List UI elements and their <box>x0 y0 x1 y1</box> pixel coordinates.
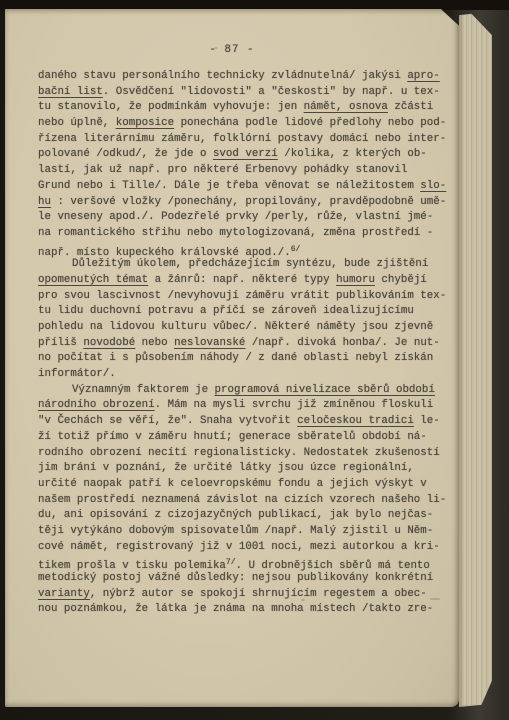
book-page: - 87 - daného stavu personálního technic… <box>5 9 459 707</box>
text-segment: no počítat i s působením náhody / z dané… <box>38 352 433 364</box>
text-line: řízena literárnímu záměru, folklórní pos… <box>38 132 460 148</box>
text-line: Grund nebo i Tille/. Dále je třeba věnov… <box>38 179 460 195</box>
text-segment: cové námět, registrovaný již v 1001 noci… <box>38 541 440 553</box>
text-line: na romantického střihu nebo mytologizova… <box>38 226 460 242</box>
text-line: le vneseny apod./. Podezřelé prvky /perl… <box>38 210 460 226</box>
text-line: no počítat i s působením náhody / z dané… <box>38 351 460 367</box>
text-segment: . Osvědčení "lidovosti" a "českosti" by … <box>103 86 440 98</box>
text-line: tu lidu duchovní potravu a příčí se záro… <box>38 304 460 320</box>
text-line: nou poznámkou, že látka je známa na mnoh… <box>38 602 460 618</box>
text-segment: metodický postoj vážné důsledky: nejsou … <box>38 572 433 584</box>
underlined-text-segment: opomenutých témat <box>38 274 148 286</box>
text-line: nebo úplně, komposice ponechána podle li… <box>38 116 460 132</box>
text-line: du, ani opisování z cizojazyčných publik… <box>38 508 460 524</box>
text-segment: le vneseny apod./. Podezřelé prvky /perl… <box>38 211 433 223</box>
text-line: Významným faktorem je programová niveliz… <box>38 383 460 399</box>
text-line: tikem prošla v tisku polemika7/. U drobn… <box>38 555 460 571</box>
text-segment: Důležitým úkolem, předcházejícím syntézu… <box>72 258 428 270</box>
underlined-text-segment: hu <box>38 196 51 208</box>
text-segment: polované /odkud/, že jde o <box>38 148 213 160</box>
text-line: tu stanovilo, že podmínkám vyhovuje: jen… <box>38 100 460 116</box>
text-line: informátor/. <box>38 367 460 383</box>
underlined-text-segment: varianty <box>38 588 90 600</box>
text-segment: a žánrů: např. některé typy <box>148 274 336 286</box>
text-segment: , nýbrž autor se spokojí shrnujícím rege… <box>90 588 427 600</box>
underlined-text-segment: národního obrození <box>38 399 155 411</box>
text-segment: našem prostředí neznamená závislot na ci… <box>38 494 446 506</box>
text-segment: lastí, jak už např. pro některé Erbenovy… <box>38 164 407 176</box>
underlined-text-segment: námět, osnova <box>304 101 388 113</box>
text-line: hu : veršové vložky /ponechány, propilov… <box>38 195 460 211</box>
text-segment: rodního obrození necítí regionalisticky.… <box>38 447 440 459</box>
scan-background: - 87 - daného stavu personálního technic… <box>0 0 509 720</box>
text-segment: zčásti <box>388 101 433 113</box>
text-line: opomenutých témat a žánrů: např. některé… <box>38 273 460 289</box>
text-segment: určité naopak patří k celoevropskému fon… <box>38 478 427 490</box>
text-line: lastí, jak už např. pro některé Erbenovy… <box>38 163 460 179</box>
underlined-text-segment: komposice <box>116 117 174 129</box>
text-line: pro svou lascivnost /nevyhovují záměru v… <box>38 289 460 305</box>
text-line: daného stavu personálního technicky zvlá… <box>38 69 460 85</box>
text-segment: daného stavu personálního technicky zvlá… <box>38 70 407 82</box>
text-line: varianty, nýbrž autor se spokojí shrnují… <box>38 587 460 603</box>
text-line: metodický postoj vážné důsledky: nejsou … <box>38 571 460 587</box>
underlined-text-segment: neslovanské <box>174 337 245 349</box>
text-line: národního obrození. Mám na mysli svrchu … <box>38 398 460 414</box>
text-segment: pro svou lascivnost /nevyhovují záměru v… <box>38 290 446 302</box>
text-line: Důležitým úkolem, předcházejícím syntézu… <box>38 257 460 273</box>
text-segment: /kolika, z kterých ob- <box>278 148 427 160</box>
text-segment: tu stanovilo, že podmínkám vyhovuje: jen <box>38 101 304 113</box>
text-line: našem prostředí neznamená závislot na ci… <box>38 493 460 509</box>
underlined-text-segment: humoru <box>336 274 375 286</box>
text-line: např. místo kupeckého královské apod./.6… <box>38 242 460 258</box>
text-line: "v Čechách se věří, že". Snaha vytvořit … <box>38 414 460 430</box>
text-segment: Grund nebo i Tille/. Dále je třeba věnov… <box>38 180 420 192</box>
underlined-text-segment: slo- <box>420 180 446 192</box>
text-segment: . Mám na mysli svrchu již zmíněnou flosk… <box>155 399 434 411</box>
text-segment: řízena literárnímu záměru, folklórní pos… <box>38 133 446 145</box>
underlined-text-segment: programová nivelizace sběrů období <box>215 384 435 396</box>
underlined-text-segment: novodobé <box>83 337 135 349</box>
underlined-text-segment: svod verzí <box>213 148 278 160</box>
text-segment: ží totiž přímo v záměru hnutí; generace … <box>38 431 427 443</box>
text-line: cové námět, registrovaný již v 1001 noci… <box>38 540 460 556</box>
page-fore-edge <box>459 13 492 707</box>
text-line: ží totiž přímo v záměru hnutí; generace … <box>38 430 460 446</box>
footnote-reference: 6/ <box>291 245 301 254</box>
scan-speck <box>430 598 440 600</box>
text-segment: těji vytýkáno dobovým spisovatelům /např… <box>38 525 433 537</box>
text-segment: na romantického střihu nebo mytologizova… <box>38 227 433 239</box>
text-segment: nebo úplně, <box>38 117 116 129</box>
text-segment: jim brání v poznání, že určité látky jso… <box>38 462 414 474</box>
text-segment: ponechána podle lidové předlohy nebo pod… <box>174 117 446 129</box>
text-segment: informátor/. <box>38 368 116 380</box>
text-segment: "v Čechách se věří, že". Snaha vytvořit <box>38 415 297 427</box>
text-segment: : veršové vložky /ponechány, propilovány… <box>51 196 446 208</box>
text-line: bační list. Osvědčení "lidovosti" a "čes… <box>38 85 460 101</box>
text-segment: chybějí <box>375 274 427 286</box>
text-segment: du, ani opisování z cizojazyčných publik… <box>38 509 433 521</box>
text-segment: le- <box>414 415 440 427</box>
text-segment: nebo <box>135 337 174 349</box>
text-line: jim brání v poznání, že určité látky jso… <box>38 461 460 477</box>
text-line: rodního obrození necítí regionalisticky.… <box>38 446 460 462</box>
text-segment: příliš <box>38 337 83 349</box>
underlined-text-segment: apro- <box>407 70 439 82</box>
page-number: - 87 - <box>5 44 459 56</box>
underlined-text-segment: bační list <box>38 86 103 98</box>
text-line: těji vytýkáno dobovým spisovatelům /např… <box>38 524 460 540</box>
text-segment: nou poznámkou, že látka je známa na mnoh… <box>38 603 433 615</box>
underlined-text-segment: celočeskou tradici <box>297 415 414 427</box>
text-line: pohledu na lidovou kulturu vůbec/. Někte… <box>38 320 460 336</box>
text-segment: pohledu na lidovou kulturu vůbec/. Někte… <box>38 321 433 333</box>
text-line: určité naopak patří k celoevropskému fon… <box>38 477 460 493</box>
text-line: příliš novodobé nebo neslovanské /např. … <box>38 336 460 352</box>
text-segment: Významným faktorem je <box>72 384 215 396</box>
text-line: polované /odkud/, že jde o svod verzí /k… <box>38 147 460 163</box>
footnote-reference: 7/ <box>226 558 236 567</box>
scan-speck <box>215 47 217 49</box>
scan-speck <box>301 599 305 601</box>
text-segment: /např. divoká honba/. Je nut- <box>245 337 439 349</box>
text-block: daného stavu personálního technicky zvlá… <box>38 69 460 618</box>
text-segment: tu lidu duchovní potravu a příčí se záro… <box>38 305 414 317</box>
